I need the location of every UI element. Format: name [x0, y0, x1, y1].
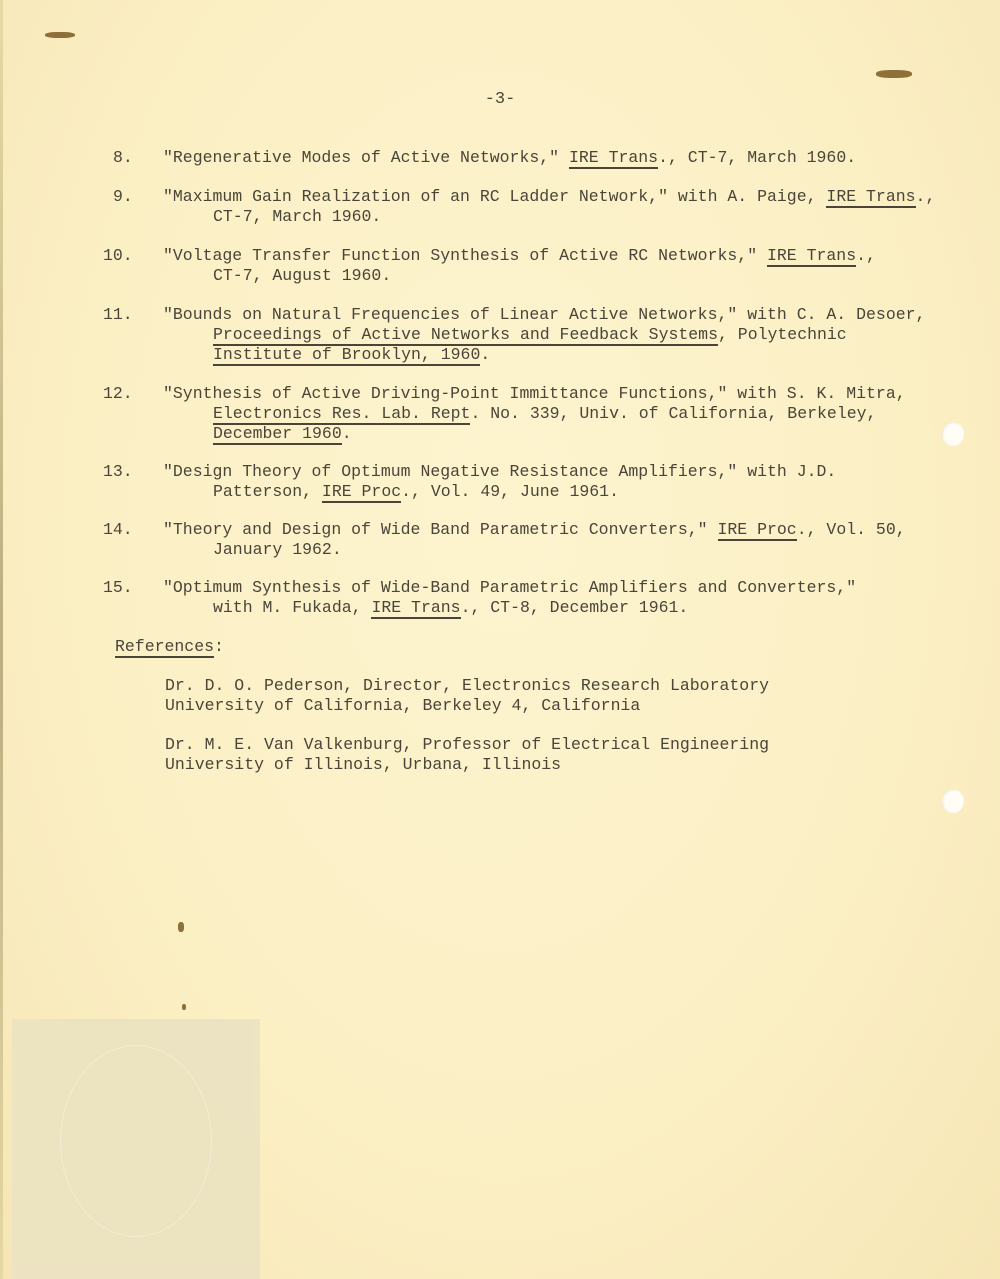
page-number: -3-: [0, 90, 1000, 109]
citation-text: "Voltage Transfer Function Synthesis of …: [163, 246, 767, 265]
citation-text-suffix: ., CT-8, December 1961.: [461, 598, 689, 617]
citation-text: "Bounds on Natural Frequencies of Linear…: [163, 305, 925, 324]
publication-line: with M. Fukada, IRE Trans., CT-8, Decemb…: [213, 598, 688, 618]
citation-text: "Maximum Gain Realization of an RC Ladde…: [163, 187, 826, 206]
underlined-source: Proceedings of Active Networks and Feedb…: [213, 325, 718, 346]
citation-text-suffix: ., CT-7, March 1960.: [658, 148, 856, 167]
citation-text: "Theory and Design of Wide Band Parametr…: [163, 520, 718, 539]
publication-line: December 1960.: [213, 424, 352, 444]
paper-left-edge: [0, 0, 3, 1279]
ink-stain-top-right: [876, 70, 912, 78]
citation-text: "Regenerative Modes of Active Networks,": [163, 148, 569, 167]
citation-text: January 1962.: [213, 540, 342, 559]
citation-text-suffix: ., Vol. 50,: [797, 520, 906, 539]
underlined-source: Institute of Brooklyn, 1960: [213, 345, 480, 366]
publication-line: "Maximum Gain Realization of an RC Ladde…: [163, 187, 935, 207]
publication-line: January 1962.: [213, 540, 342, 560]
punch-hole-lower: [942, 789, 964, 813]
redaction-overlay: [12, 1019, 260, 1279]
publication-line: "Design Theory of Optimum Negative Resis…: [163, 462, 836, 482]
publication-line: CT-7, March 1960.: [213, 207, 381, 227]
publication-number: 10.: [103, 246, 143, 266]
references-heading: References:: [115, 637, 224, 656]
citation-text: "Design Theory of Optimum Negative Resis…: [163, 462, 836, 481]
citation-text-suffix: .,: [916, 187, 936, 206]
ink-spot: [178, 922, 184, 932]
publication-line: "Theory and Design of Wide Band Parametr…: [163, 520, 906, 540]
reference-2-line-1: Dr. M. E. Van Valkenburg, Professor of E…: [165, 735, 769, 754]
citation-text: CT-7, March 1960.: [213, 207, 381, 226]
publication-number: 9.: [113, 187, 153, 207]
ink-spot-small: [182, 1004, 186, 1010]
publication-line: "Synthesis of Active Driving-Point Immit…: [163, 384, 906, 404]
publication-line: CT-7, August 1960.: [213, 266, 391, 286]
ink-stain-top-left: [45, 32, 75, 38]
underlined-source: Electronics Res. Lab. Rept: [213, 404, 470, 425]
underlined-source: IRE Proc: [322, 482, 401, 503]
citation-text-suffix: .: [342, 424, 352, 443]
publication-number: 15.: [103, 578, 143, 598]
publication-number: 8.: [113, 148, 153, 168]
underlined-source: December 1960: [213, 424, 342, 445]
citation-text-suffix: , Polytechnic: [718, 325, 847, 344]
publication-line: "Bounds on Natural Frequencies of Linear…: [163, 305, 925, 325]
publication-line: "Optimum Synthesis of Wide-Band Parametr…: [163, 578, 856, 598]
publication-line: Patterson, IRE Proc., Vol. 49, June 1961…: [213, 482, 619, 502]
underlined-source: IRE Trans: [569, 148, 658, 169]
faint-seal-watermark: [60, 1045, 212, 1237]
reference-1-line-2: University of California, Berkeley 4, Ca…: [165, 696, 640, 715]
citation-text-suffix: .: [480, 345, 490, 364]
underlined-source: IRE Trans: [826, 187, 915, 208]
citation-text-suffix: ., Vol. 49, June 1961.: [401, 482, 619, 501]
citation-text-suffix: .,: [856, 246, 876, 265]
publication-line: "Voltage Transfer Function Synthesis of …: [163, 246, 876, 266]
citation-text: Patterson,: [213, 482, 322, 501]
reference-1-line-1: Dr. D. O. Pederson, Director, Electronic…: [165, 676, 769, 695]
citation-text: "Optimum Synthesis of Wide-Band Parametr…: [163, 578, 856, 597]
citation-text-suffix: . No. 339, Univ. of California, Berkeley…: [470, 404, 876, 423]
publication-line: "Regenerative Modes of Active Networks,"…: [163, 148, 856, 168]
citation-text: "Synthesis of Active Driving-Point Immit…: [163, 384, 906, 403]
publication-line: Proceedings of Active Networks and Feedb…: [213, 325, 847, 345]
underlined-source: IRE Trans: [767, 246, 856, 267]
reference-2-line-2: University of Illinois, Urbana, Illinois: [165, 755, 561, 774]
references-heading-text: References: [115, 637, 214, 658]
publication-number: 14.: [103, 520, 143, 540]
citation-text: with M. Fukada,: [213, 598, 371, 617]
underlined-source: IRE Proc: [718, 520, 797, 541]
publication-line: Institute of Brooklyn, 1960.: [213, 345, 490, 365]
underlined-source: IRE Trans: [371, 598, 460, 619]
publication-number: 13.: [103, 462, 143, 482]
publication-line: Electronics Res. Lab. Rept. No. 339, Uni…: [213, 404, 876, 424]
publication-number: 11.: [103, 305, 143, 325]
punch-hole-upper: [942, 422, 964, 446]
publication-number: 12.: [103, 384, 143, 404]
references-heading-colon: :: [214, 637, 224, 656]
citation-text: CT-7, August 1960.: [213, 266, 391, 285]
